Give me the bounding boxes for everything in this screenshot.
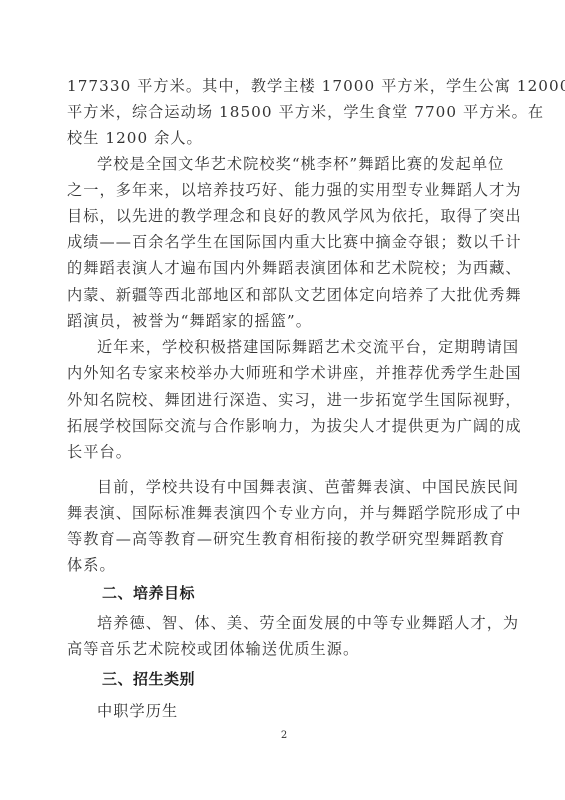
document-page: 177330 平方米。其中，教学主楼 17000 平方米，学生公寓 12000 … — [0, 0, 565, 800]
paragraph-line: 舞表演、国际标准舞表演四个专业方向，并与舞蹈学院形成了中 — [67, 502, 497, 524]
paragraph-line: 等教育—高等教育—研究生教育相衔接的教学研究型舞蹈教育 — [67, 528, 497, 550]
paragraph-line: 体系。 — [67, 554, 497, 576]
paragraph-line: 中职学历生 — [97, 700, 497, 722]
paragraph-line: 内外知名专家来校举办大师班和学术讲座，并推荐优秀学生赴国 — [67, 362, 497, 384]
paragraph-line: 拓展学校国际交流与合作影响力，为拔尖人才提供更为广阔的成 — [67, 415, 497, 437]
paragraph-line: 培养德、智、体、美、劳全面发展的中等专业舞蹈人才，为 — [97, 612, 497, 634]
section-heading-training-goals: 二、培养目标 — [102, 581, 195, 605]
paragraph-line: 之一，多年来，以培养技巧好、能力强的实用型专业舞蹈人才为 — [67, 179, 497, 201]
paragraph-line: 外知名院校、舞团进行深造、实习，进一步拓宽学生国际视野， — [67, 389, 497, 411]
paragraph-line: 的舞蹈表演人才遍布国内外舞蹈表演团体和艺术院校；为西藏、 — [67, 257, 497, 279]
paragraph-line: 成绩——百余名学生在国际国内重大比赛中摘金夺银；数以千计 — [67, 231, 497, 253]
section-heading-enrollment-category: 三、招生类别 — [102, 667, 195, 691]
paragraph-line: 177330 平方米。其中，教学主楼 17000 平方米，学生公寓 12000 — [67, 75, 497, 97]
paragraph-line: 学校是全国文华艺术院校奖“桃李杯”舞蹈比赛的发起单位 — [97, 153, 497, 175]
paragraph-line: 平方米，综合运动场 18500 平方米，学生食堂 7700 平方米。在 — [67, 101, 497, 123]
paragraph-line: 内蒙、新疆等西北部地区和部队文艺团体定向培养了大批优秀舞 — [67, 284, 497, 306]
paragraph-line: 近年来，学校积极搭建国际舞蹈艺术交流平台，定期聘请国 — [97, 336, 497, 358]
paragraph-line: 高等音乐艺术院校或团体输送优质生源。 — [67, 638, 497, 660]
paragraph-line: 校生 1200 余人。 — [67, 127, 497, 149]
paragraph-line: 目标，以先进的教学理念和良好的教风学风为依托，取得了突出 — [67, 205, 497, 227]
paragraph-line: 蹈演员，被誉为“舞蹈家的摇篮”。 — [67, 310, 497, 332]
paragraph-line: 长平台。 — [67, 441, 497, 463]
paragraph-line: 目前，学校共设有中国舞表演、芭蕾舞表演、中国民族民间 — [97, 476, 497, 498]
page-number: 2 — [278, 729, 290, 743]
